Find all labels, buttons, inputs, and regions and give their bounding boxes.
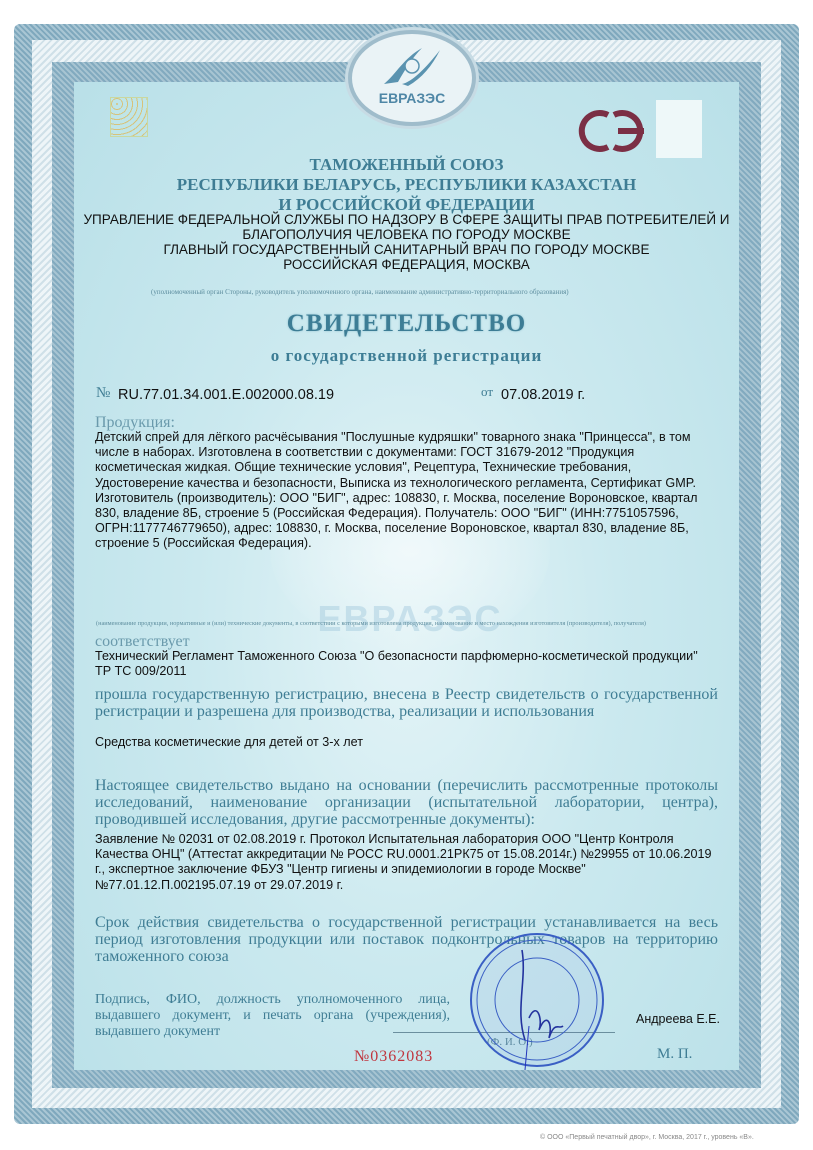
eurasec-emblem: ЕВРАЗЭС bbox=[348, 30, 476, 126]
product-description: Детский спрей для лёгкого расчёсывания "… bbox=[95, 430, 705, 552]
basis-documents: Заявление № 02031 от 02.08.2019 г. Прото… bbox=[95, 832, 715, 893]
issuing-agency: УПРАВЛЕНИЕ ФЕДЕРАЛЬНОЙ СЛУЖБЫ ПО НАДЗОРУ… bbox=[80, 212, 733, 272]
form-serial-number: №0362083 bbox=[354, 1048, 433, 1066]
basis-statement: Настоящее свидетельство выдано на основа… bbox=[95, 777, 718, 828]
registration-date: 07.08.2019 г. bbox=[501, 387, 585, 403]
agency-line: БЛАГОПОЛУЧИЯ ЧЕЛОВЕКА ПО ГОРОДУ МОСКВЕ bbox=[80, 227, 733, 242]
union-line: ТАМОЖЕННЫЙ СОЮЗ bbox=[80, 155, 733, 175]
agency-line: ГЛАВНЫЙ ГОСУДАРСТВЕННЫЙ САНИТАРНЫЙ ВРАЧ … bbox=[80, 242, 733, 257]
registration-statement: прошла государственную регистрацию, внес… bbox=[95, 686, 718, 720]
validity-statement: Срок действия свидетельства о государств… bbox=[95, 914, 718, 965]
technical-regulation: Технический Регламент Таможенного Союза … bbox=[95, 649, 715, 679]
emblem-name: ЕВРАЗЭС bbox=[352, 90, 472, 106]
date-label: от bbox=[481, 384, 493, 400]
product-caption: (наименование продукции, нормативные и (… bbox=[96, 620, 646, 627]
agency-caption: (уполномоченный орган Стороны, руководит… bbox=[151, 288, 569, 296]
watermark-text: ЕВРАЗЭС bbox=[270, 598, 550, 640]
seal-place-label: М. П. bbox=[657, 1046, 692, 1063]
mark-background bbox=[656, 100, 702, 158]
use-scope: Средства косметические для детей от 3-х … bbox=[95, 735, 363, 750]
signer-name: Андреева Е.Е. bbox=[636, 1012, 720, 1026]
number-label: № bbox=[96, 385, 110, 402]
agency-line: РОССИЙСКАЯ ФЕДЕРАЦИЯ, МОСКВА bbox=[80, 257, 733, 272]
eurasec-emblem-icon bbox=[382, 44, 442, 88]
document-title: СВИДЕТЕЛЬСТВО bbox=[80, 310, 733, 338]
agency-line: УПРАВЛЕНИЕ ФЕДЕРАЛЬНОЙ СЛУЖБЫ ПО НАДЗОРУ… bbox=[80, 212, 733, 227]
union-line: РЕСПУБЛИКИ БЕЛАРУСЬ, РЕСПУБЛИКИ КАЗАХСТА… bbox=[80, 175, 733, 195]
printer-note: © ООО «Первый печатный двор», г. Москва,… bbox=[540, 1134, 754, 1141]
official-seal-icon bbox=[467, 930, 607, 1070]
customs-union-heading: ТАМОЖЕННЫЙ СОЮЗ РЕСПУБЛИКИ БЕЛАРУСЬ, РЕС… bbox=[80, 155, 733, 215]
document-subtitle: о государственной регистрации bbox=[80, 346, 733, 366]
hologram-icon bbox=[110, 97, 148, 137]
conformity-mark-icon bbox=[574, 107, 652, 155]
registration-number: RU.77.01.34.001.E.002000.08.19 bbox=[118, 387, 334, 403]
